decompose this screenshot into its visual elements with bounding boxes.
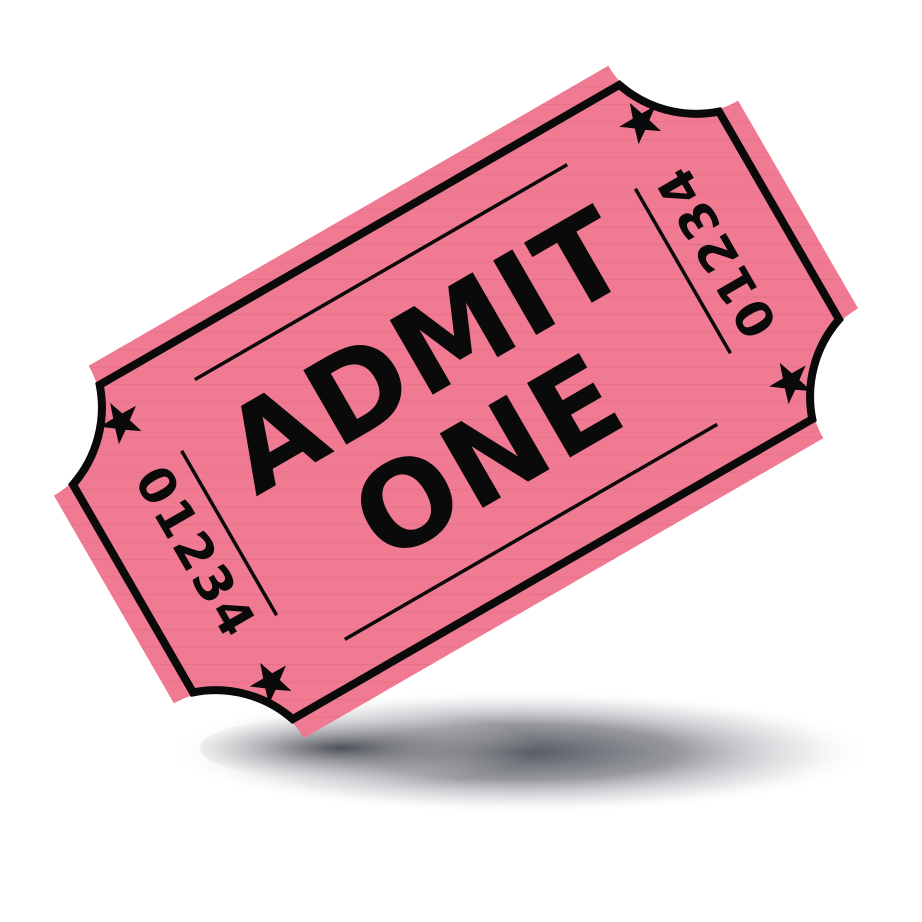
admit-one-ticket-illustration: ADMIT ONE 01234 01234 [0,0,922,922]
ticket-canvas: ADMIT ONE 01234 01234 [0,0,922,922]
